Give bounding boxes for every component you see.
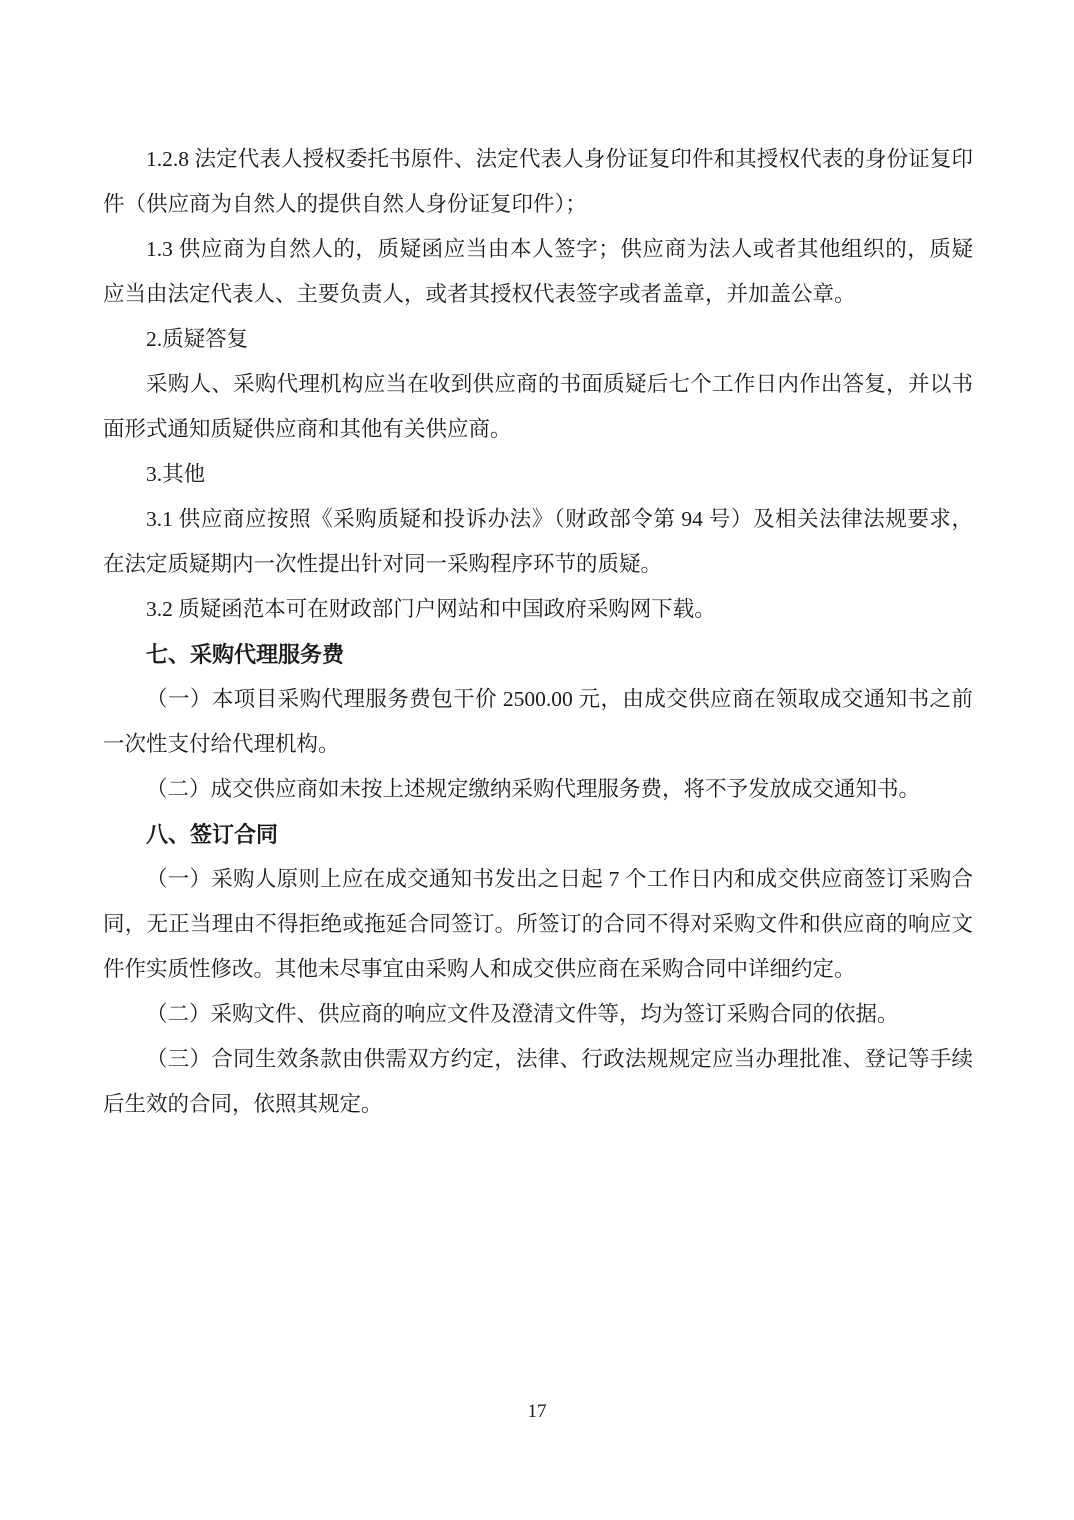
text-line: 面形式通知质疑供应商和其他有关供应商。 xyxy=(103,407,973,452)
text-line: 件（供应商为自然人的提供自然人身份证复印件）； xyxy=(103,182,973,227)
text-line: 1.2.8 法定代表人授权委托书原件、法定代表人身份证复印件和其授权代表的身份证… xyxy=(103,137,973,182)
text-line: 一次性支付给代理机构。 xyxy=(103,722,973,767)
page-footer: 17 xyxy=(0,1401,1074,1431)
section-heading: 八、签订合同 xyxy=(103,812,973,857)
text-line: 3.2 质疑函范本可在财政部门户网站和中国政府采购网下载。 xyxy=(103,587,973,632)
text-line: （二）采购文件、供应商的响应文件及澄清文件等，均为签订采购合同的依据。 xyxy=(103,992,973,1037)
text-line: 应当由法定代表人、主要负责人，或者其授权代表签字或者盖章，并加盖公章。 xyxy=(103,272,973,317)
text-line: 同，无正当理由不得拒绝或拖延合同签订。所签订的合同不得对采购文件和供应商的响应文 xyxy=(103,902,973,947)
text-line: （一）采购人原则上应在成交通知书发出之日起 7 个工作日内和成交供应商签订采购合 xyxy=(103,857,973,902)
paragraph: （二）成交供应商如未按上述规定缴纳采购代理服务费，将不予发放成交通知书。 xyxy=(103,767,973,812)
paragraph: 采购人、采购代理机构应当在收到供应商的书面质疑后七个工作日内作出答复，并以书面形… xyxy=(103,362,973,452)
text-line: 件作实质性修改。其他未尽事宜由采购人和成交供应商在采购合同中详细约定。 xyxy=(103,947,973,992)
document-body: 1.2.8 法定代表人授权委托书原件、法定代表人身份证复印件和其授权代表的身份证… xyxy=(103,137,973,1127)
page-number: 17 xyxy=(528,1401,547,1422)
document-page: 1.2.8 法定代表人授权委托书原件、法定代表人身份证复印件和其授权代表的身份证… xyxy=(0,0,1074,1520)
section-heading: 七、采购代理服务费 xyxy=(103,632,973,677)
text-line: （一）本项目采购代理服务费包干价 2500.00 元，由成交供应商在领取成交通知… xyxy=(103,677,973,722)
paragraph: 2.质疑答复 xyxy=(103,317,973,362)
paragraph: （一）本项目采购代理服务费包干价 2500.00 元，由成交供应商在领取成交通知… xyxy=(103,677,973,767)
text-line: 3.其他 xyxy=(103,452,973,497)
text-line: 3.1 供应商应按照《采购质疑和投诉办法》（财政部令第 94 号）及相关法律法规… xyxy=(103,497,973,542)
text-line: 七、采购代理服务费 xyxy=(103,632,973,677)
paragraph: 3.其他 xyxy=(103,452,973,497)
paragraph: 1.3 供应商为自然人的，质疑函应当由本人签字；供应商为法人或者其他组织的，质疑… xyxy=(103,227,973,317)
text-line: 1.3 供应商为自然人的，质疑函应当由本人签字；供应商为法人或者其他组织的，质疑… xyxy=(103,227,973,272)
text-line: 采购人、采购代理机构应当在收到供应商的书面质疑后七个工作日内作出答复，并以书 xyxy=(103,362,973,407)
text-line: 后生效的合同，依照其规定。 xyxy=(103,1082,973,1127)
paragraph: 1.2.8 法定代表人授权委托书原件、法定代表人身份证复印件和其授权代表的身份证… xyxy=(103,137,973,227)
text-line: 在法定质疑期内一次性提出针对同一采购程序环节的质疑。 xyxy=(103,542,973,587)
paragraph: （二）采购文件、供应商的响应文件及澄清文件等，均为签订采购合同的依据。 xyxy=(103,992,973,1037)
text-line: （二）成交供应商如未按上述规定缴纳采购代理服务费，将不予发放成交通知书。 xyxy=(103,767,973,812)
paragraph: 3.2 质疑函范本可在财政部门户网站和中国政府采购网下载。 xyxy=(103,587,973,632)
text-line: 2.质疑答复 xyxy=(103,317,973,362)
text-line: （三）合同生效条款由供需双方约定，法律、行政法规规定应当办理批准、登记等手续 xyxy=(103,1037,973,1082)
paragraph: 3.1 供应商应按照《采购质疑和投诉办法》（财政部令第 94 号）及相关法律法规… xyxy=(103,497,973,587)
text-line: 八、签订合同 xyxy=(103,812,973,857)
paragraph: （三）合同生效条款由供需双方约定，法律、行政法规规定应当办理批准、登记等手续后生… xyxy=(103,1037,973,1127)
paragraph: （一）采购人原则上应在成交通知书发出之日起 7 个工作日内和成交供应商签订采购合… xyxy=(103,857,973,992)
